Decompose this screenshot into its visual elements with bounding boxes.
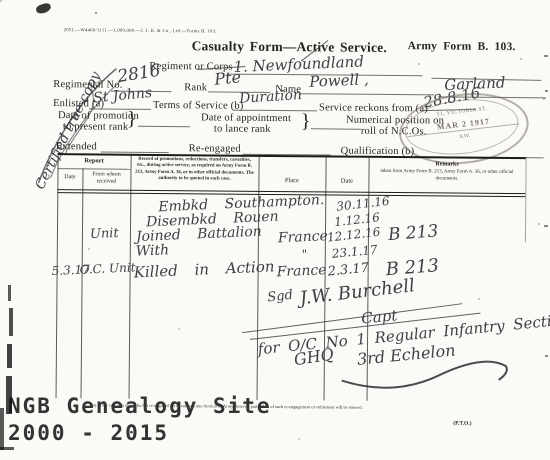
scan-artifact [9, 308, 13, 336]
scan-artifact [8, 285, 11, 301]
scan-noise [0, 0, 2, 2]
row5-place: France [276, 262, 327, 280]
scan-artifact [544, 225, 548, 227]
brace: } [301, 110, 311, 133]
header-record: Record of promotions, reductions, transf… [134, 157, 254, 184]
signature-name: J.W. Burchell [299, 275, 416, 309]
header-remarks-body: taken from Army Form B. 213, Army Form A… [380, 169, 513, 183]
header-remarks-title: Remarks [369, 161, 526, 168]
row3-from-whom: Unit [90, 226, 119, 242]
brace: } [127, 108, 137, 131]
row3-place: France [278, 228, 329, 246]
scan-artifact [545, 90, 548, 92]
scan-artifact [7, 344, 12, 368]
row5-record: Killed in Action [133, 257, 274, 281]
form-number: Army Form B. 103. [408, 40, 516, 53]
rank-value: Pte [213, 67, 241, 88]
terms-of-service-value: Duration [239, 87, 303, 107]
scanned-document-page: 2051.—W4460/1111.—1,000,000.—J. J. K. & … [0, 0, 550, 460]
row4-date: 23.1.17 [331, 243, 378, 261]
promotion-label-line2: to present rank [63, 121, 128, 133]
scan-artifact [0, 408, 4, 450]
header-date: Date [57, 174, 82, 180]
scan-artifact [545, 355, 548, 357]
row5-from-whom: O.C. Unit [79, 260, 135, 276]
scan-artifact [544, 55, 548, 57]
scan-artifact [0, 447, 14, 450]
rank-label: Rank [184, 82, 207, 93]
name-value-surname: Powell , [309, 70, 369, 91]
pto-note: (P.T.O.) [453, 421, 471, 427]
row3-remarks: B 213 [387, 221, 439, 245]
table-border-right [525, 157, 527, 242]
watermark-line2: 2000 - 2015 [8, 421, 169, 445]
printer-code: 2051.—W4460/1111.—1,000,000.—J. J. K. & … [64, 27, 217, 33]
col-line-date [81, 168, 84, 398]
signature-sgd: Sgd [267, 288, 294, 306]
extended-label: Extended [56, 141, 97, 152]
header-date2: Date [325, 177, 368, 184]
re-engaged-label: Re-engaged [189, 143, 241, 154]
header-place: Place [258, 177, 325, 185]
scan-artifact [6, 376, 12, 414]
row4-place-ditto: " [301, 247, 307, 261]
terms-of-service-label: Terms of Service (b) [153, 100, 244, 112]
row4-record: With [135, 242, 169, 259]
signature-swoosh [334, 353, 514, 400]
signature-rank: Capt [360, 306, 398, 327]
row5-date: 2.3.17 [327, 261, 370, 280]
header-report: Report [58, 157, 131, 165]
appointment-label-line1: Date of appointment [201, 112, 291, 124]
appointment-label-line2: to lance rank [214, 123, 271, 134]
watermark-line1: NGB Genealogy Site [8, 394, 272, 418]
casualty-form: 2051.—W4460/1111.—1,000,000.—J. J. K. & … [0, 0, 550, 460]
row1-date: 30.11.16 [336, 194, 391, 214]
header-from-whom: From whom received [84, 171, 128, 186]
